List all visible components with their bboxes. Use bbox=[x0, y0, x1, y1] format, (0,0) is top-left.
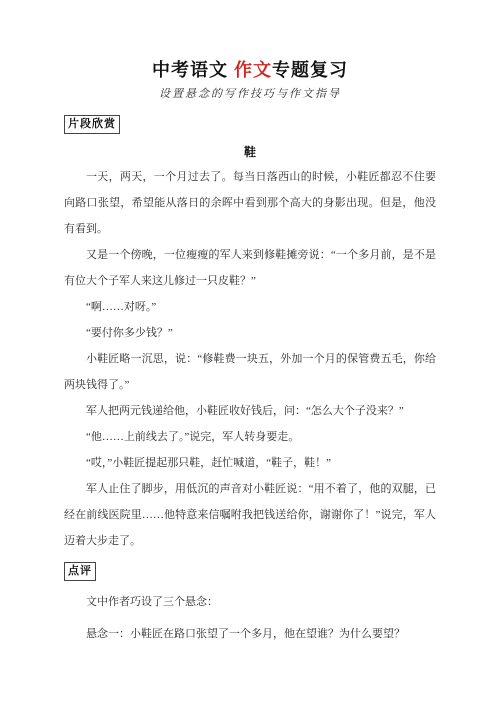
page-subtitle: 设置悬念的写作技巧与作文指导 bbox=[64, 86, 436, 102]
comment-paragraph: 文中作者巧设了三个悬念： bbox=[64, 589, 436, 615]
story-paragraph: “啊……对呀。” bbox=[64, 294, 436, 320]
comment-paragraphs: 文中作者巧设了三个悬念： 悬念一：小鞋匠在路口张望了一个多月，他在望谁？为什么要… bbox=[64, 589, 436, 647]
story-paragraph: 小鞋匠略一沉思，说：“修鞋费一块五，外加一个月的保管费五毛，你给两块钱得了。” bbox=[64, 346, 436, 398]
story-paragraph: “哎，”小鞋匠提起那只鞋，赶忙喊道，“鞋子，鞋！” bbox=[64, 450, 436, 476]
document-page: 中考语文 作文专题复习 设置悬念的写作技巧与作文指导 片段欣赏 鞋 一天，两天，… bbox=[0, 0, 500, 707]
page-title-suffix: 专题复习 bbox=[272, 60, 348, 80]
section-label-comment: 点评 bbox=[64, 562, 96, 581]
story-paragraph: 又是一个傍晚，一位瘦瘦的军人来到修鞋摊旁说：“一个多月前，是不是有位大个子军人来… bbox=[64, 242, 436, 294]
page-title: 中考语文 作文专题复习 bbox=[64, 58, 436, 82]
story-paragraphs: 一天，两天，一个月过去了。每当日落西山的时候，小鞋匠都忍不住要向路口张望，希望能… bbox=[64, 164, 436, 554]
page-title-prefix: 中考语文 bbox=[152, 60, 234, 80]
comment-section: 点评 文中作者巧设了三个悬念： 悬念一：小鞋匠在路口张望了一个多月，他在望谁？为… bbox=[64, 554, 436, 647]
story-paragraph: 一天，两天，一个月过去了。每当日落西山的时候，小鞋匠都忍不住要向路口张望，希望能… bbox=[64, 164, 436, 242]
document-content: 中考语文 作文专题复习 设置悬念的写作技巧与作文指导 片段欣赏 鞋 一天，两天，… bbox=[0, 0, 500, 647]
comment-paragraph: 悬念一：小鞋匠在路口张望了一个多月，他在望谁？为什么要望？ bbox=[64, 621, 436, 647]
story-title: 鞋 bbox=[64, 145, 436, 160]
story-paragraph: 军人止住了脚步，用低沉的声音对小鞋匠说：“用不着了，他的双腿，已经在前线医院里…… bbox=[64, 476, 436, 554]
fragment-section: 片段欣赏 鞋 一天，两天，一个月过去了。每当日落西山的时候，小鞋匠都忍不住要向路… bbox=[64, 102, 436, 554]
story-paragraph: “要付你多少钱？” bbox=[64, 320, 436, 346]
story-paragraph: 军人把两元钱递给他，小鞋匠收好钱后，问：“怎么大个子没来？” bbox=[64, 398, 436, 424]
story-paragraph: “他……上前线去了。”说完，军人转身要走。 bbox=[64, 424, 436, 450]
section-label-fragment: 片段欣赏 bbox=[64, 115, 120, 134]
page-title-highlight: 作文 bbox=[234, 60, 272, 80]
